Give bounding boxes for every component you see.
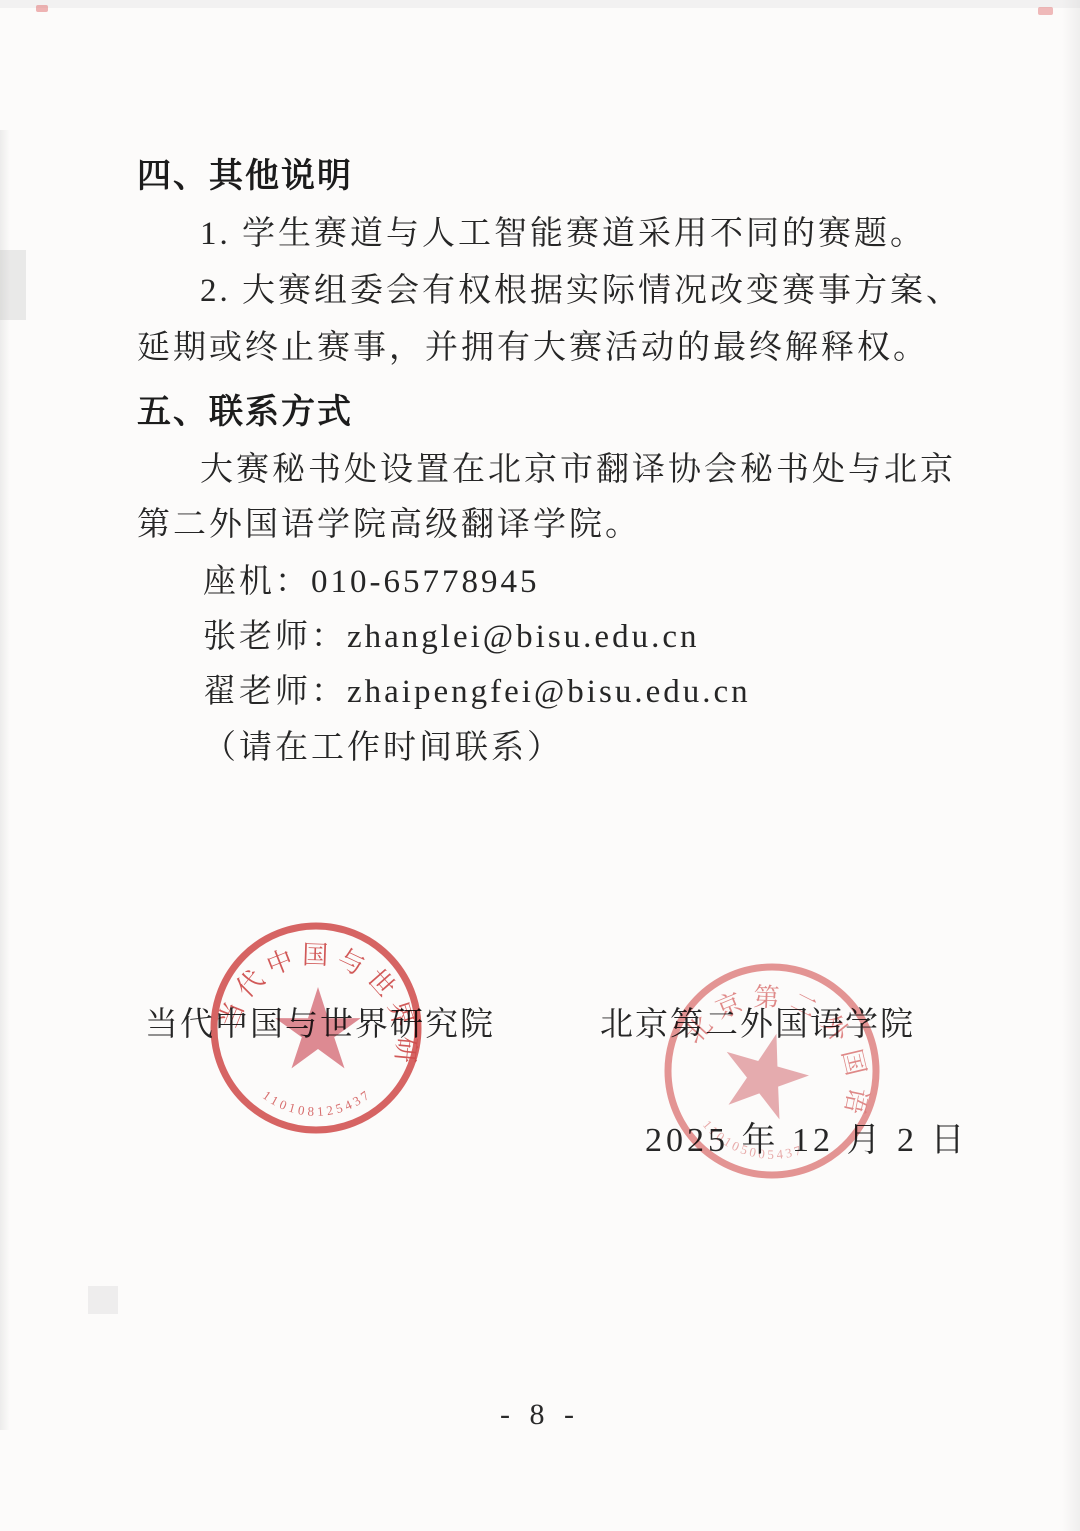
section4-item2-line2: 延期或终止赛事，并拥有大赛活动的最终解释权。: [137, 321, 929, 368]
right-organization-name: 北京第二外国语学院: [600, 998, 915, 1045]
section5-heading: 五、联系方式: [137, 384, 353, 433]
section4-item2-line1: 2. 大赛组委会有权根据实际情况改变赛事方案、: [200, 264, 962, 311]
contact-teacher1: 张老师：zhanglei@bisu.edu.cn: [203, 610, 699, 657]
scan-artifact: [0, 250, 26, 320]
section5-intro-line1: 大赛秘书处设置在北京市翻译协会秘书处与北京: [200, 443, 956, 490]
contact-note: （请在工作时间联系）: [203, 721, 563, 768]
section4-item1: 1. 学生赛道与人工智能赛道采用不同的赛题。: [200, 207, 926, 254]
scan-crop-mark: [36, 5, 48, 12]
scan-artifact: [0, 0, 1080, 8]
scan-artifact: [0, 130, 10, 1430]
section4-heading: 四、其他说明: [137, 148, 353, 197]
document-page: 四、其他说明 1. 学生赛道与人工智能赛道采用不同的赛题。 2. 大赛组委会有权…: [0, 0, 1080, 1531]
contact-phone: 座机：010-65778945: [203, 555, 540, 602]
page-number: - 8 -: [0, 1398, 1080, 1432]
section5-intro-line2: 第二外国语学院高级翻译学院。: [137, 498, 641, 545]
contact-teacher2: 翟老师：zhaipengfei@bisu.edu.cn: [203, 665, 751, 712]
scan-crop-mark: [1038, 7, 1053, 15]
scan-artifact: [1062, 0, 1080, 1531]
signature-date: 2025 年 12 月 2 日: [645, 1112, 969, 1161]
left-organization-name: 当代中国与世界研究院: [145, 998, 495, 1045]
scan-artifact: [88, 1286, 118, 1314]
